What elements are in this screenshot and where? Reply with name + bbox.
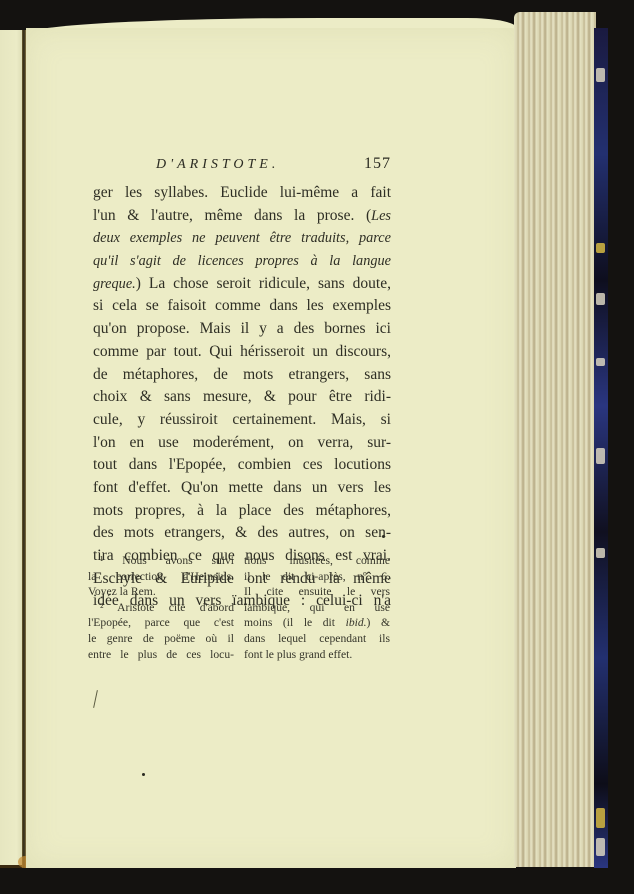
footnote-line: ² Aristote cite d'abord xyxy=(88,600,234,616)
footnote-line: le genre de poëme où il xyxy=(88,631,234,647)
left-page-edge xyxy=(0,30,24,868)
footnote-line: il le dit ci-après, nº. 6. xyxy=(244,569,390,585)
text-line: ger les syllabes. Euclide lui-même a fai… xyxy=(93,182,391,205)
text-line: qu'on propose. Mais il y a des bornes ic… xyxy=(93,318,391,341)
footnote-line: ¹ Nous avons suivi xyxy=(88,553,234,569)
footnotes-left-column: ¹ Nous avons suivi la correction d'Heins… xyxy=(88,553,234,662)
text-line: comme par tout. Qui hérisseroit un disco… xyxy=(93,341,391,364)
text-line: cule, y réussiroit certainement. Mais, s… xyxy=(93,409,391,432)
book-scan: D'ARISTOTE. 157 ger les syllabes. Euclid… xyxy=(0,0,634,894)
footnote-line: tions inusitées, comme xyxy=(244,553,390,569)
paper-speck xyxy=(142,773,145,776)
footnote-line: l'Epopée, parce que c'est xyxy=(88,615,234,631)
marbled-cover-edge xyxy=(594,28,608,868)
running-head: D'ARISTOTE. 157 xyxy=(156,157,391,179)
text-line: de métaphores, de mots etrangers, sans xyxy=(93,364,391,387)
text-line: l'un & l'autre, même dans la prose. (Les xyxy=(93,205,391,228)
text-line: si cela se faisoit comme dans les exempl… xyxy=(93,295,391,318)
text-line: des mots etrangers, & des autres, on sen… xyxy=(93,522,391,545)
footnote-line: moins (il le dit ibid.) & xyxy=(244,615,390,631)
footnote-line: dans lequel cependant ils xyxy=(244,631,390,647)
text-line-italic: deux exemples ne peuvent être traduits, … xyxy=(93,227,391,250)
footnote-line: Voyez la Rem. xyxy=(88,584,234,600)
text-line: l'on en use moderément, on verra, sur- xyxy=(93,432,391,455)
text-line: choix & sans mesure, & pour être ridi- xyxy=(93,386,391,409)
footnote-line: la correction d'Heinsius. xyxy=(88,569,234,585)
text-line: tout dans l'Epopée, combien ces locution… xyxy=(93,454,391,477)
text-line: mots propres, à la place des métaphores, xyxy=(93,500,391,523)
page-block-fore-edge xyxy=(514,12,596,867)
footnote-line: Il cite ensuite le vers xyxy=(244,584,390,600)
footnote-line: ïambique, qui en use xyxy=(244,600,390,616)
text-line: font d'effet. Qu'on mette dans un vers l… xyxy=(93,477,391,500)
main-text: ger les syllabes. Euclide lui-même a fai… xyxy=(93,182,391,613)
text-line: greque.) La chose seroit ridicule, sans … xyxy=(93,273,391,296)
text-line-italic: qu'il s'agit de licences propres à la la… xyxy=(93,250,391,273)
footnotes-right-column: tions inusitées, comme il le dit ci-aprè… xyxy=(244,553,390,662)
footnote-line: font le plus grand effet. xyxy=(244,647,390,663)
paper-speck xyxy=(382,535,385,538)
footnote-line: entre le plus de ces locu- xyxy=(88,647,234,663)
running-head-title: D'ARISTOTE. xyxy=(156,157,279,173)
page-number: 157 xyxy=(364,155,391,173)
